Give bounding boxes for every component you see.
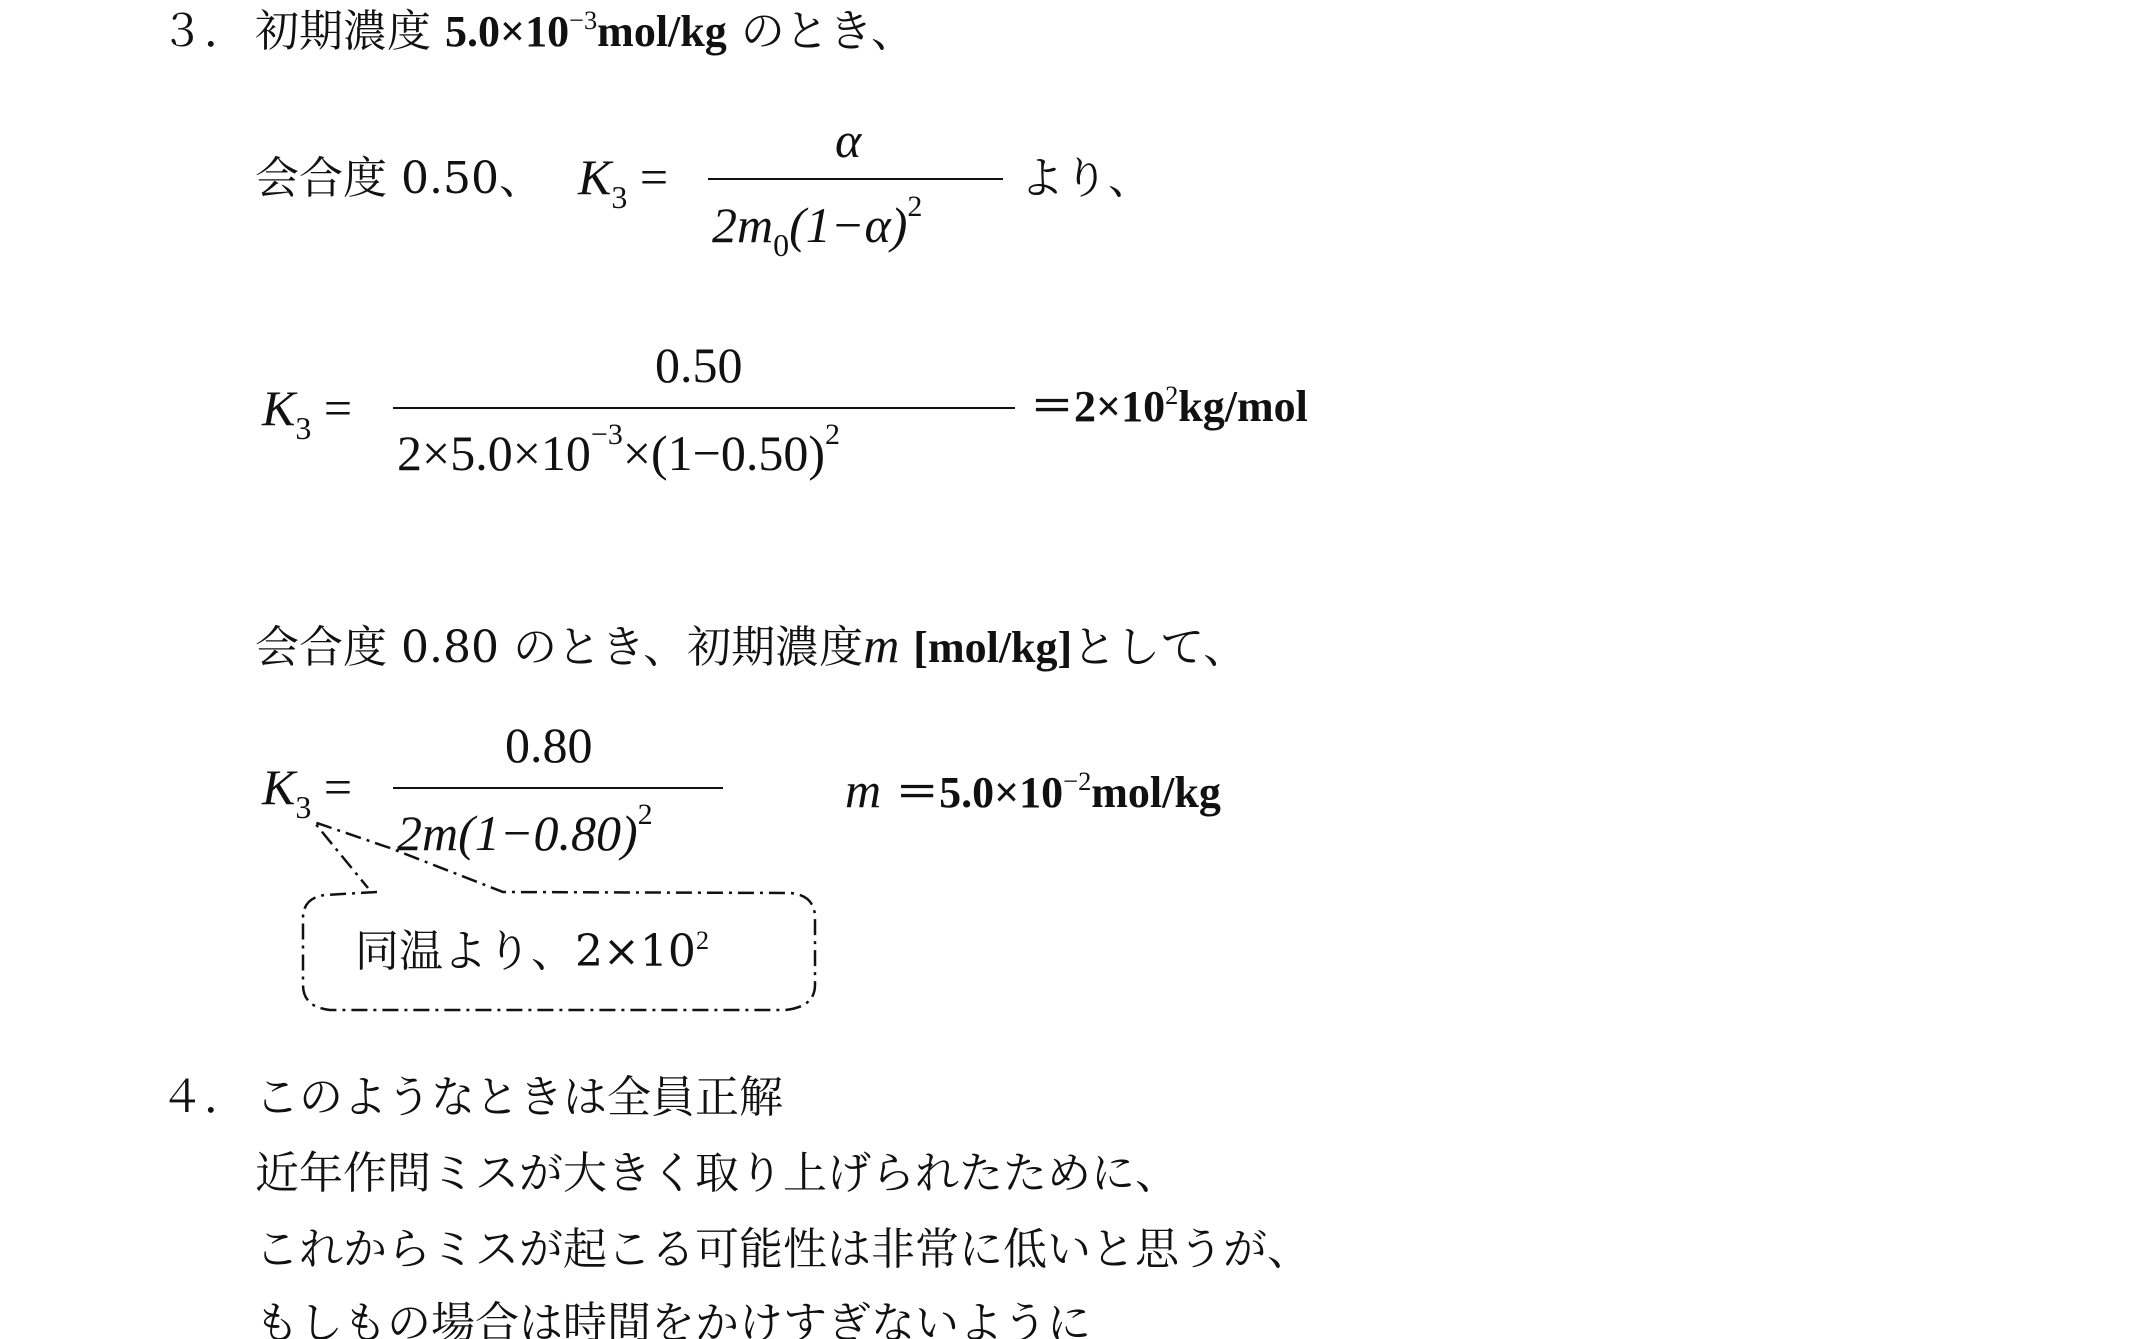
section-4-line: このようなときは全員正解 [255,1076,783,1120]
section-4-line: 近年作問ミスが大きく取り上げられたために、 [255,1152,1179,1196]
section-4-number: ４． [160,1076,248,1120]
callout-bubble-shape [0,0,2147,1339]
callout-text: 同温より、2×102 [355,930,709,974]
section-4-line: もしもの場合は時間をかけすぎないように [255,1302,1091,1339]
section-4-line: これからミスが起こる可能性は非常に低いと思うが、 [255,1228,1311,1272]
callout-exp: 2 [696,925,709,955]
callout-label: 同温より、2×10 [355,926,696,977]
